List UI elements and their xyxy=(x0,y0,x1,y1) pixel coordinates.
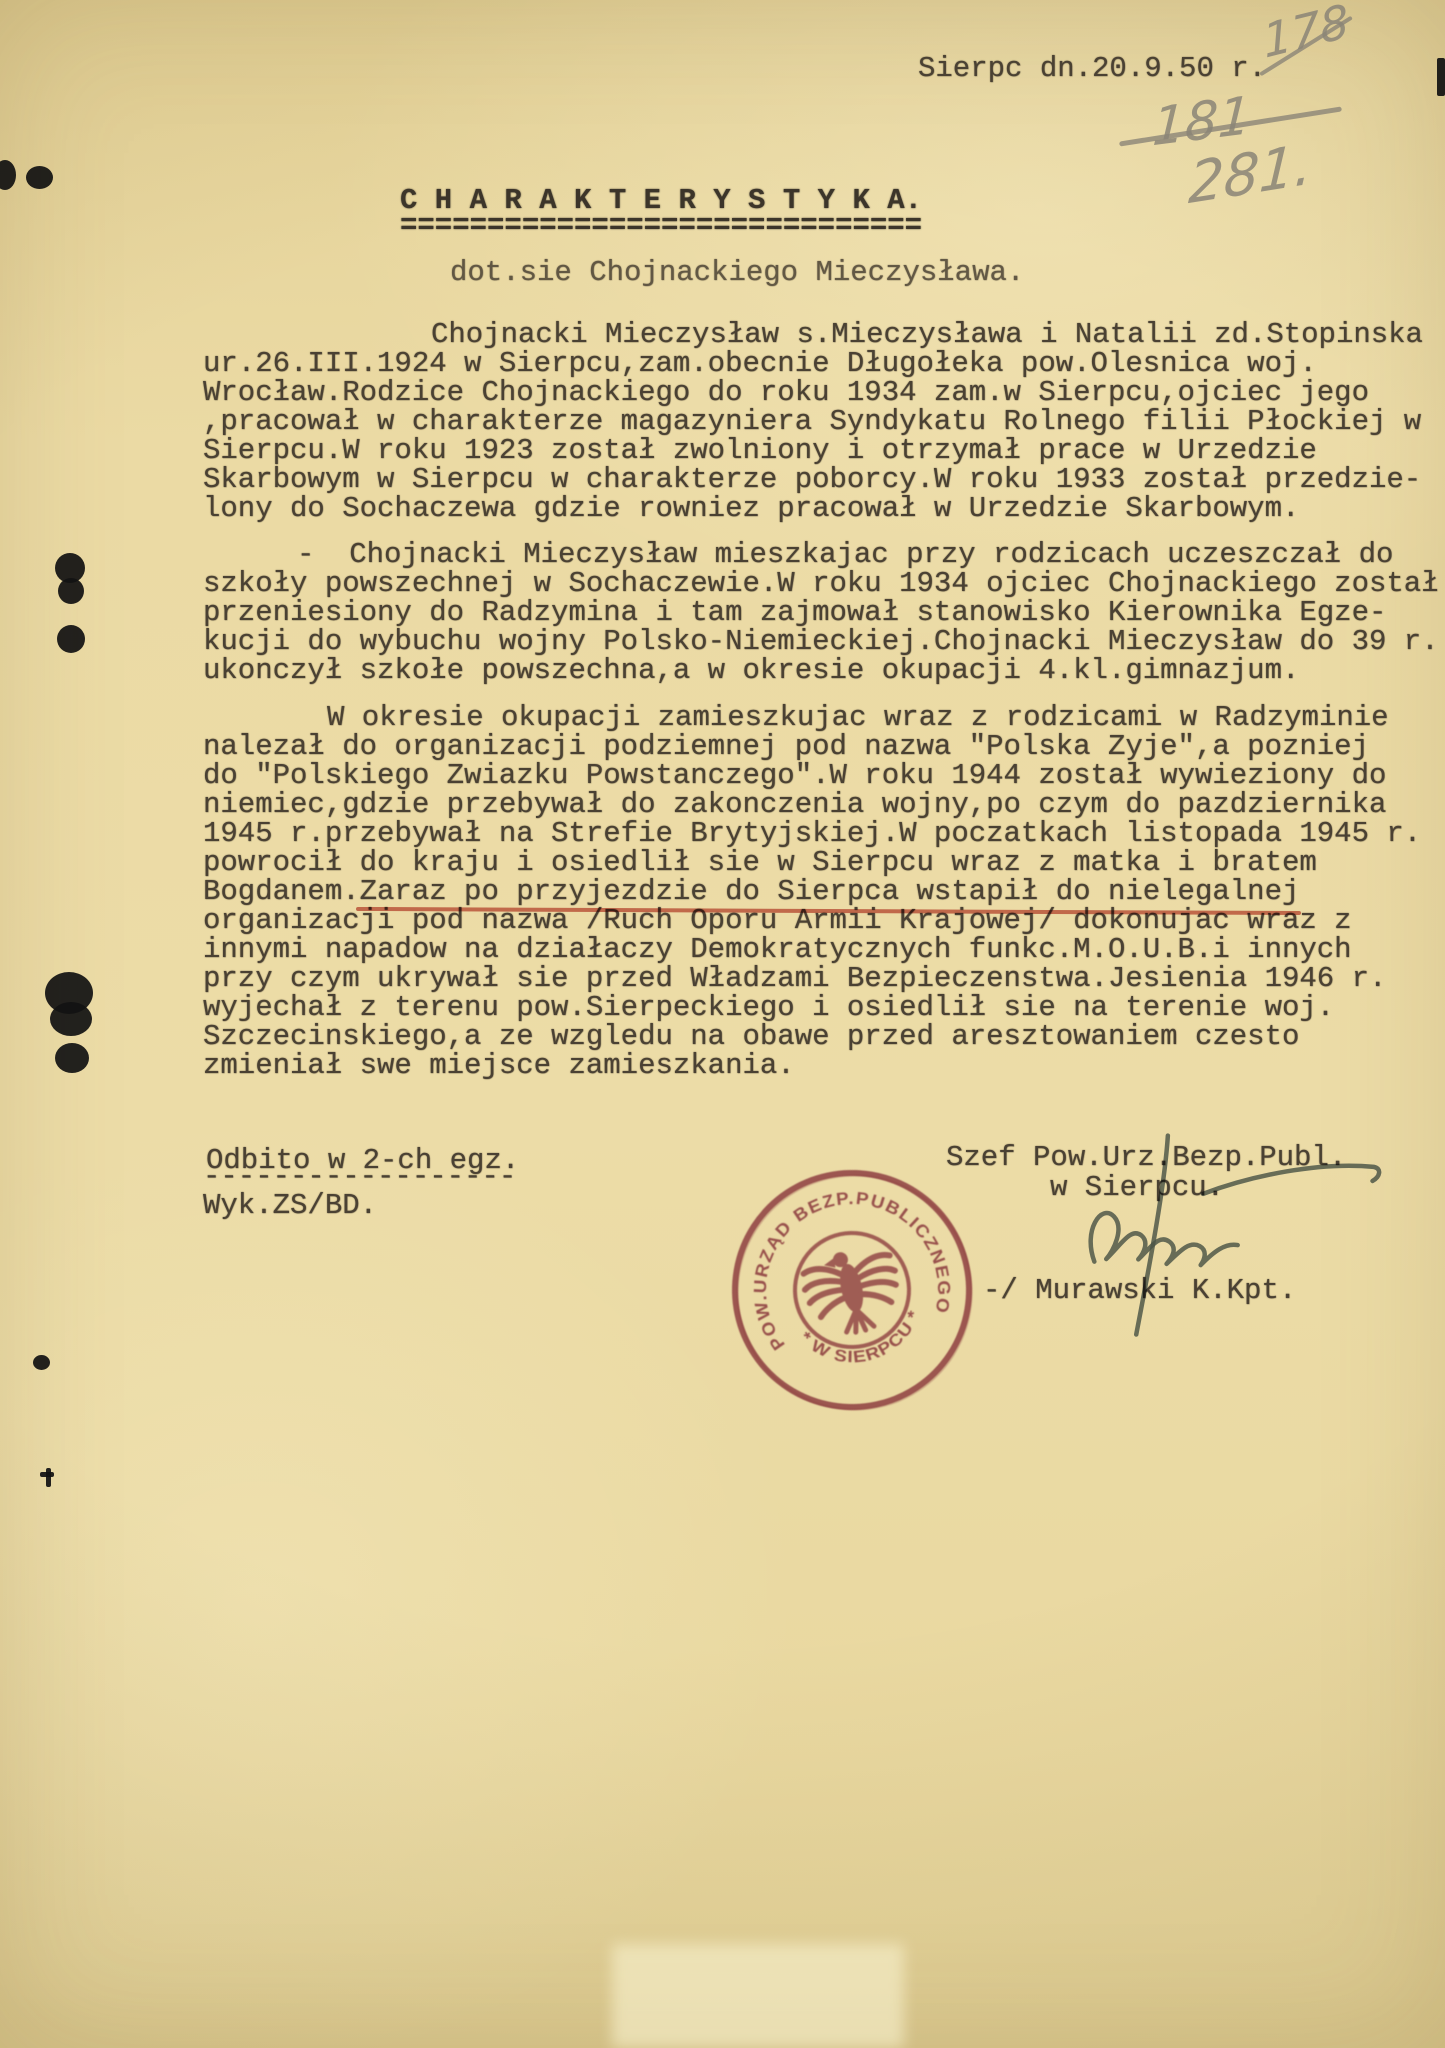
date-line: Sierpc dn.20.9.50 r. xyxy=(918,54,1266,83)
typed-line: Szczecinskiego,a ze wzgledu na obawe prz… xyxy=(203,1022,1421,1051)
handwritten-signature xyxy=(1049,1107,1391,1359)
typed-line: lony do Sochaczewa gdzie rowniez pracowa… xyxy=(203,494,1423,523)
typed-line: W okresie okupacji zamieszkujac wraz z r… xyxy=(203,703,1421,732)
typed-line: przy czym ukrywał sie przed Władzami Bez… xyxy=(203,964,1421,993)
typed-line: ur.26.III.1924 w Sierpcu,zam.obecnie Dłu… xyxy=(203,349,1423,378)
subject-line: dot.sie Chojnackiego Mieczysława. xyxy=(450,258,1024,287)
typed-line: zmieniał swe miejsce zamieszkania. xyxy=(203,1051,1421,1080)
copies-note-underline: ------------------ xyxy=(203,1162,516,1191)
eagle-emblem xyxy=(799,1242,906,1340)
ink-mark xyxy=(40,1472,54,1477)
typed-line: ,pracował w charakterze magazyniera Synd… xyxy=(203,407,1423,436)
typed-line: innymi napadow na działaczy Demokratyczn… xyxy=(203,935,1421,964)
typed-line: nalezał do organizacji podziemnej pod na… xyxy=(203,732,1421,761)
typed-line: ukonczył szkołe powszechna,a w okresie o… xyxy=(203,656,1439,685)
typed-line: Wrocław.Rodzice Chojnackiego do roku 193… xyxy=(203,378,1423,407)
paragraph-1: Chojnacki Mieczysław s.Mieczysława i Nat… xyxy=(203,320,1423,523)
typed-line: niemiec,gdzie przebywał do zakonczenia w… xyxy=(203,790,1421,819)
ink-blot xyxy=(33,1355,50,1370)
ink-blot xyxy=(57,625,85,653)
document-scan-page: Sierpc dn.20.9.50 r. 178 181 281. C H A … xyxy=(0,0,1445,2048)
signature-stroke xyxy=(1089,1206,1238,1270)
signature-stroke xyxy=(1202,1164,1380,1194)
typed-line: Sierpcu.W roku 1923 został zwolniony i o… xyxy=(203,436,1423,465)
paragraph-2: - Chojnacki Mieczysław mieszkajac przy r… xyxy=(203,540,1439,685)
paragraph-3: W okresie okupacji zamieszkujac wraz z r… xyxy=(203,703,1421,1080)
typed-line: powrocił do kraju i osiedlił sie w Sierp… xyxy=(203,848,1421,877)
typed-line: wyjechał z terenu pow.Sierpeckiego i osi… xyxy=(203,993,1421,1022)
handwritten-page-number: 178 xyxy=(1260,0,1351,69)
typed-line: - Chojnacki Mieczysław mieszkajac przy r… xyxy=(203,540,1439,569)
typed-line: 1945 r.przebywał na Strefie Brytyjskiej.… xyxy=(203,819,1421,848)
typed-line: do "Polskiego Zwiazku Powstanczego".W ro… xyxy=(203,761,1421,790)
ink-blot xyxy=(58,578,84,604)
typist-initials: Wyk.ZS/BD. xyxy=(203,1191,377,1220)
ink-mark xyxy=(1437,58,1445,96)
ink-blot xyxy=(0,160,16,190)
ink-mark xyxy=(46,1468,51,1487)
typed-line: Skarbowym w Sierpcu w charakterze poborc… xyxy=(203,465,1423,494)
title-underline: ============================== xyxy=(400,211,922,240)
typed-line: szkoły powszechnej w Sochaczewie.W roku … xyxy=(203,569,1439,598)
typed-line: Chojnacki Mieczysław s.Mieczysława i Nat… xyxy=(203,320,1423,349)
official-round-stamp: POW.URZĄD BEZP.PUBLICZNEGO * W SIERPCU * xyxy=(704,1142,1001,1439)
typed-line: kucji do wybuchu wojny Polsko-Niemieckie… xyxy=(203,627,1439,656)
scan-artifact xyxy=(612,1944,904,2048)
ink-blot xyxy=(50,1002,92,1036)
ink-blot xyxy=(26,166,53,189)
typed-line: Bogdanem.Zaraz po przyjezdzie do Sierpca… xyxy=(203,877,1421,906)
typed-line: przeniesiony do Radzymina i tam zajmował… xyxy=(203,598,1439,627)
ink-blot xyxy=(55,1043,89,1073)
